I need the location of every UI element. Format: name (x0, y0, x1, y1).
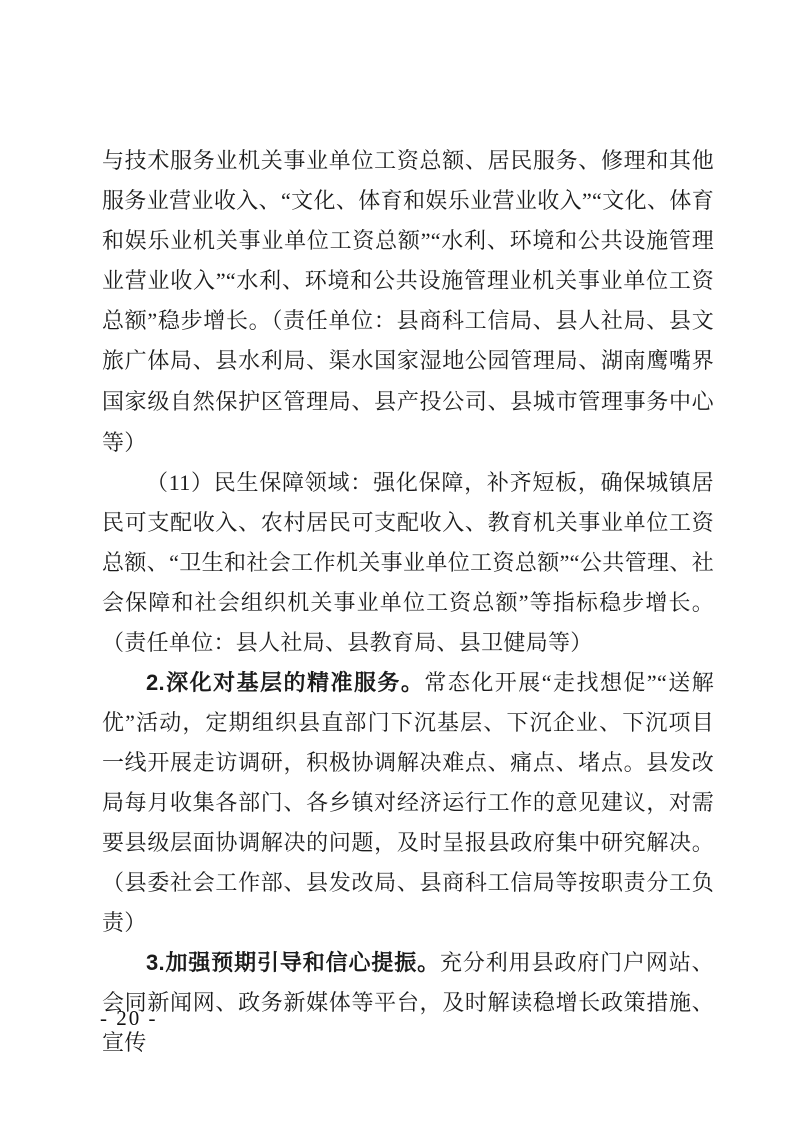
body-text-run: （11）民生保障领域：强化保障，补齐短板，确保城镇居民可支配收入、农村居民可支配… (102, 470, 714, 655)
page-number: - 20 - (100, 1006, 158, 1031)
document-body: 与技术服务业机关事业单位工资总额、居民服务、修理和其他服务业营业收入、“文化、体… (102, 141, 714, 1063)
paragraph-continuation: 与技术服务业机关事业单位工资总额、居民服务、修理和其他服务业营业收入、“文化、体… (102, 141, 714, 463)
body-text-run: 常态化开展“走找想促”“送解优”活动，定期组织县直部门下沉基层、下沉企业、下沉项… (102, 670, 714, 935)
paragraph-point-2: 2.深化对基层的精准服务。常态化开展“走找想促”“送解优”活动，定期组织县直部门… (102, 663, 714, 943)
paragraph-point-3: 3.加强预期引导和信心提振。充分利用县政府门户网站、会同新闻网、政务新媒体等平台… (102, 943, 714, 1063)
section-lead-bold-run: 2.深化对基层的精准服务。 (146, 670, 424, 695)
body-text-run: 与技术服务业机关事业单位工资总额、居民服务、修理和其他服务业营业收入、“文化、体… (102, 148, 714, 373)
paragraph-item-11: （11）民生保障领域：强化保障，补齐短板，确保城镇居民可支配收入、农村居民可支配… (102, 463, 714, 663)
section-lead-bold-run: 3.加强预期引导和信心提振。 (146, 950, 440, 975)
document-page: 与技术服务业机关事业单位工资总额、居民服务、修理和其他服务业营业收入、“文化、体… (0, 0, 793, 1122)
